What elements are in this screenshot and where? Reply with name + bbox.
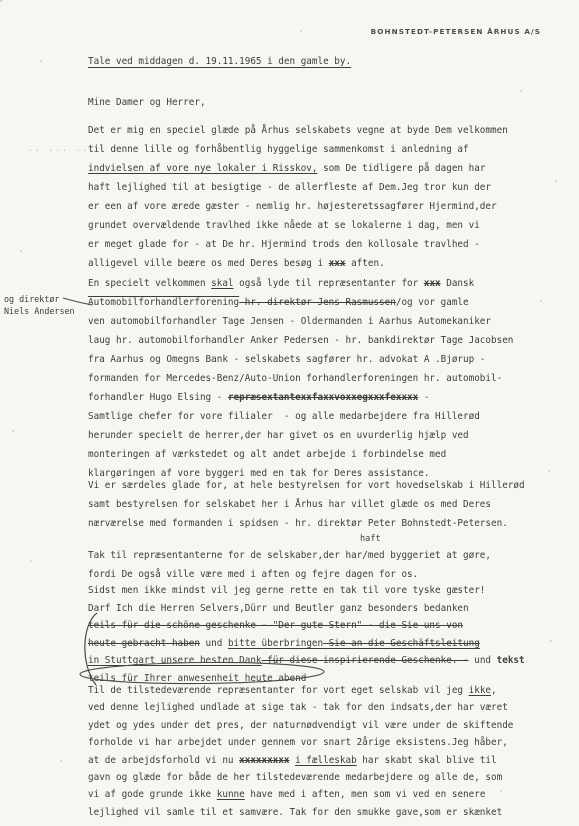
- text-line: En specielt velkommen skal også lyde til…: [88, 274, 538, 293]
- text-line: ydet og ydes under det pres, der naturnø…: [88, 717, 538, 734]
- text-segment: har skabt skal blive til: [357, 755, 497, 766]
- text-line: gavn og glæde for både de her tilstedevæ…: [88, 769, 538, 786]
- text-line: alligevel ville beære os med Deres besøg…: [88, 254, 538, 273]
- text-segment: teils für die schöne geschenke - "Der gu…: [88, 620, 463, 631]
- text-segment: und: [200, 638, 228, 649]
- text-segment: Dansk: [441, 278, 475, 289]
- text-segment: En specielt velkommen: [88, 278, 211, 289]
- text-line: forhandler Hugo Elsing - repræsextantexx…: [88, 388, 538, 407]
- inserted-word: haft: [360, 533, 538, 546]
- text-segment: fordi De også ville være med i aften og …: [88, 569, 418, 580]
- text-segment: tekst: [497, 655, 525, 666]
- text-line: heute gebracht haben und bitte überbring…: [88, 635, 538, 653]
- text-segment: Tak til repræsentanterne for de selskabe…: [88, 550, 491, 561]
- text-segment: herunder specielt de herrer,der har give…: [88, 430, 469, 441]
- text-segment: Vi er særdeles glade for, at hele bestyr…: [88, 480, 525, 491]
- text-segment: som De tidligere på dagen har: [318, 163, 486, 174]
- text-segment: ikke: [469, 685, 491, 696]
- text-line: laug hr. automobilforhandler Anker Peder…: [88, 331, 538, 350]
- text-segment: ven automobilforhandler Tage Jensen - Ol…: [88, 316, 491, 327]
- text-line: forholde vi har arbejdet under gennem vo…: [88, 734, 538, 751]
- scanned-letter-page: BOHNSTEDT-PETERSEN ÅRHUS A/S Tale ved mi…: [0, 0, 579, 826]
- text-segment: Samtlige chefer for vore filialer - og a…: [88, 411, 480, 422]
- text-segment: skal: [211, 278, 233, 289]
- text-line: teils für die schöne geschenke - "Der gu…: [88, 617, 538, 635]
- text-segment: haft: [360, 534, 381, 544]
- text-segment: hr. direktør Jens Rasmussen: [239, 297, 396, 308]
- text-line: til denne lille og forhåbentlig hyggelig…: [88, 140, 538, 159]
- paragraph: Sidst men ikke mindst vil jeg gerne rett…: [88, 582, 538, 687]
- text-segment: in Stuttgart unsere besten Dank: [88, 655, 262, 666]
- text-segment: aften.: [345, 258, 384, 269]
- text-segment: Sidst men ikke mindst vil jeg gerne rett…: [88, 585, 485, 596]
- text-segment: ved denne lejlighed undlade at sige tak …: [88, 702, 508, 713]
- text-segment: formanden for Mercedes-Benz/Auto-Union f…: [88, 373, 502, 384]
- text-segment: für diese inspirierende Geschenke. -: [262, 655, 469, 666]
- text-segment: und: [469, 655, 497, 666]
- text-line: samt bestyrelsen for selskabet her i Årh…: [88, 495, 538, 514]
- text-line: herunder specielt de herrer,der har give…: [88, 426, 538, 445]
- text-line: nærværelse med formanden i spidsen - hr.…: [88, 514, 538, 533]
- text-segment: heute gebracht haben: [88, 638, 200, 649]
- text-line: vi af gode grunde ikke kunne have med i …: [88, 786, 538, 803]
- text-segment: gavn og glæde for både de her tilstedevæ…: [88, 772, 502, 783]
- text-segment: monteringen af værkstedet og alt andet a…: [88, 449, 446, 460]
- text-segment: lejlighed vil samle til et samvære. Tak …: [88, 807, 502, 818]
- text-segment: Til de tilstedeværende repræsentanter fo…: [88, 685, 469, 696]
- text-line: Tak til repræsentanterne for de selskabe…: [88, 546, 538, 565]
- text-segment: også lyde til repræsentanter for: [234, 278, 424, 289]
- text-line: at de arbejdsforhold vi nu xxxxxxxxx i f…: [88, 752, 538, 769]
- text-line: haft lejlighed til at besigtige - de all…: [88, 178, 538, 197]
- text-segment: at de arbejdsforhold vi nu: [88, 755, 239, 766]
- text-line: ven automobilforhandler Tage Jensen - Ol…: [88, 312, 538, 331]
- text-segment: samt bestyrelsen for selskabet her i Årh…: [88, 499, 491, 510]
- text-segment: xxx: [424, 278, 441, 289]
- margin-annotation-line2: Niels Andersen: [4, 306, 75, 318]
- scan-noise: [0, 0, 2, 2]
- text-line: Til de tilstedeværende repræsentanter fo…: [88, 682, 538, 699]
- text-segment: haft lejlighed til at besigtige - de all…: [88, 182, 491, 193]
- text-segment: Automobilforhandlerforening: [88, 297, 239, 308]
- margin-annotation-line1: og direktør: [4, 294, 75, 306]
- company-letterhead: BOHNSTEDT-PETERSEN ÅRHUS A/S: [371, 27, 541, 36]
- text-segment: Darf Ich die Herren Selvers,Dürr und Beu…: [88, 603, 469, 614]
- text-segment: fra Aarhus og Omegns Bank - selskabets s…: [88, 354, 485, 365]
- text-segment: grundet overvældende travlhed ikke nåede…: [88, 220, 480, 231]
- text-line: grundet overvældende travlhed ikke nåede…: [88, 216, 538, 235]
- text-line: Sidst men ikke mindst vil jeg gerne rett…: [88, 582, 538, 600]
- text-line: Samtlige chefer for vore filialer - og a…: [88, 407, 538, 426]
- text-segment: Sie an die Geschäftsleitung: [323, 638, 480, 649]
- text-line: formanden for Mercedes-Benz/Auto-Union f…: [88, 369, 538, 388]
- text-segment: til denne lille og forhåbentlig hyggelig…: [88, 144, 469, 155]
- text-segment: ydet og ydes under det pres, der naturnø…: [88, 720, 513, 731]
- text-segment: i fælleskab: [295, 755, 357, 766]
- text-segment: indvielsen af vore nye lokaler i Risskov…: [88, 163, 318, 174]
- text-line: lejlighed vil samle til et samvære. Tak …: [88, 804, 538, 821]
- paragraph: Det er mig en speciel glæde på Århus sel…: [88, 121, 538, 273]
- margin-annotation: og direktør Niels Andersen: [4, 294, 75, 317]
- text-segment: er meget glade for - at De hr. Hjermind …: [88, 239, 480, 250]
- text-line: er meget glade for - at De hr. Hjermind …: [88, 235, 538, 254]
- text-segment: forhandler Hugo Elsing -: [88, 392, 228, 403]
- text-segment: er een af vore ærede gæster - nemlig hr.…: [88, 201, 497, 212]
- text-segment: xxxxxxxxx: [239, 755, 289, 766]
- text-line: monteringen af værkstedet og alt andet a…: [88, 445, 538, 464]
- text-segment: -: [418, 392, 429, 403]
- text-segment: have med i aften, men som vi ved en sene…: [245, 789, 486, 800]
- text-line: indvielsen af vore nye lokaler i Risskov…: [88, 159, 538, 178]
- salutation-line: Mine Damer og Herrer,: [88, 97, 206, 108]
- text-segment: /og vor gamle: [396, 297, 469, 308]
- text-line: in Stuttgart unsere besten Dank für dies…: [88, 652, 538, 670]
- text-segment: bitte überbringen: [228, 638, 323, 649]
- text-segment: nærværelse med formanden i spidsen - hr.…: [88, 518, 508, 529]
- text-line: Darf Ich die Herren Selvers,Dürr und Beu…: [88, 600, 538, 618]
- margin-pen-marks: ·· ··· ···: [28, 146, 96, 156]
- text-segment: vi af gode grunde ikke: [88, 789, 217, 800]
- text-line: fra Aarhus og Omegns Bank - selskabets s…: [88, 350, 538, 369]
- text-segment: Det er mig en speciel glæde på Århus sel…: [88, 125, 508, 136]
- paragraph: Til de tilstedeværende repræsentanter fo…: [88, 682, 538, 821]
- text-segment: laug hr. automobilforhandler Anker Peder…: [88, 335, 513, 346]
- text-segment: repræsextantexxfaxxvoxxegxxxfexxxx: [228, 392, 418, 403]
- text-segment: alligevel ville beære os med Deres besøg…: [88, 258, 329, 269]
- document-title: Tale ved middagen d. 19.11.1965 i den ga…: [88, 56, 351, 67]
- paragraph: En specielt velkommen skal også lyde til…: [88, 274, 538, 483]
- text-line: Vi er særdeles glade for, at hele bestyr…: [88, 476, 538, 495]
- text-line: Det er mig en speciel glæde på Århus sel…: [88, 121, 538, 140]
- text-segment: forholde vi har arbejdet under gennem vo…: [88, 737, 508, 748]
- text-segment: ,: [491, 685, 497, 696]
- text-segment: xxx: [329, 258, 346, 269]
- paragraph: Vi er særdeles glade for, at hele bestyr…: [88, 476, 538, 584]
- text-line: Automobilforhandlerforening hr. direktør…: [88, 293, 538, 312]
- text-line: ved denne lejlighed undlade at sige tak …: [88, 699, 538, 716]
- text-segment: kunne: [217, 789, 245, 800]
- text-line: er een af vore ærede gæster - nemlig hr.…: [88, 197, 538, 216]
